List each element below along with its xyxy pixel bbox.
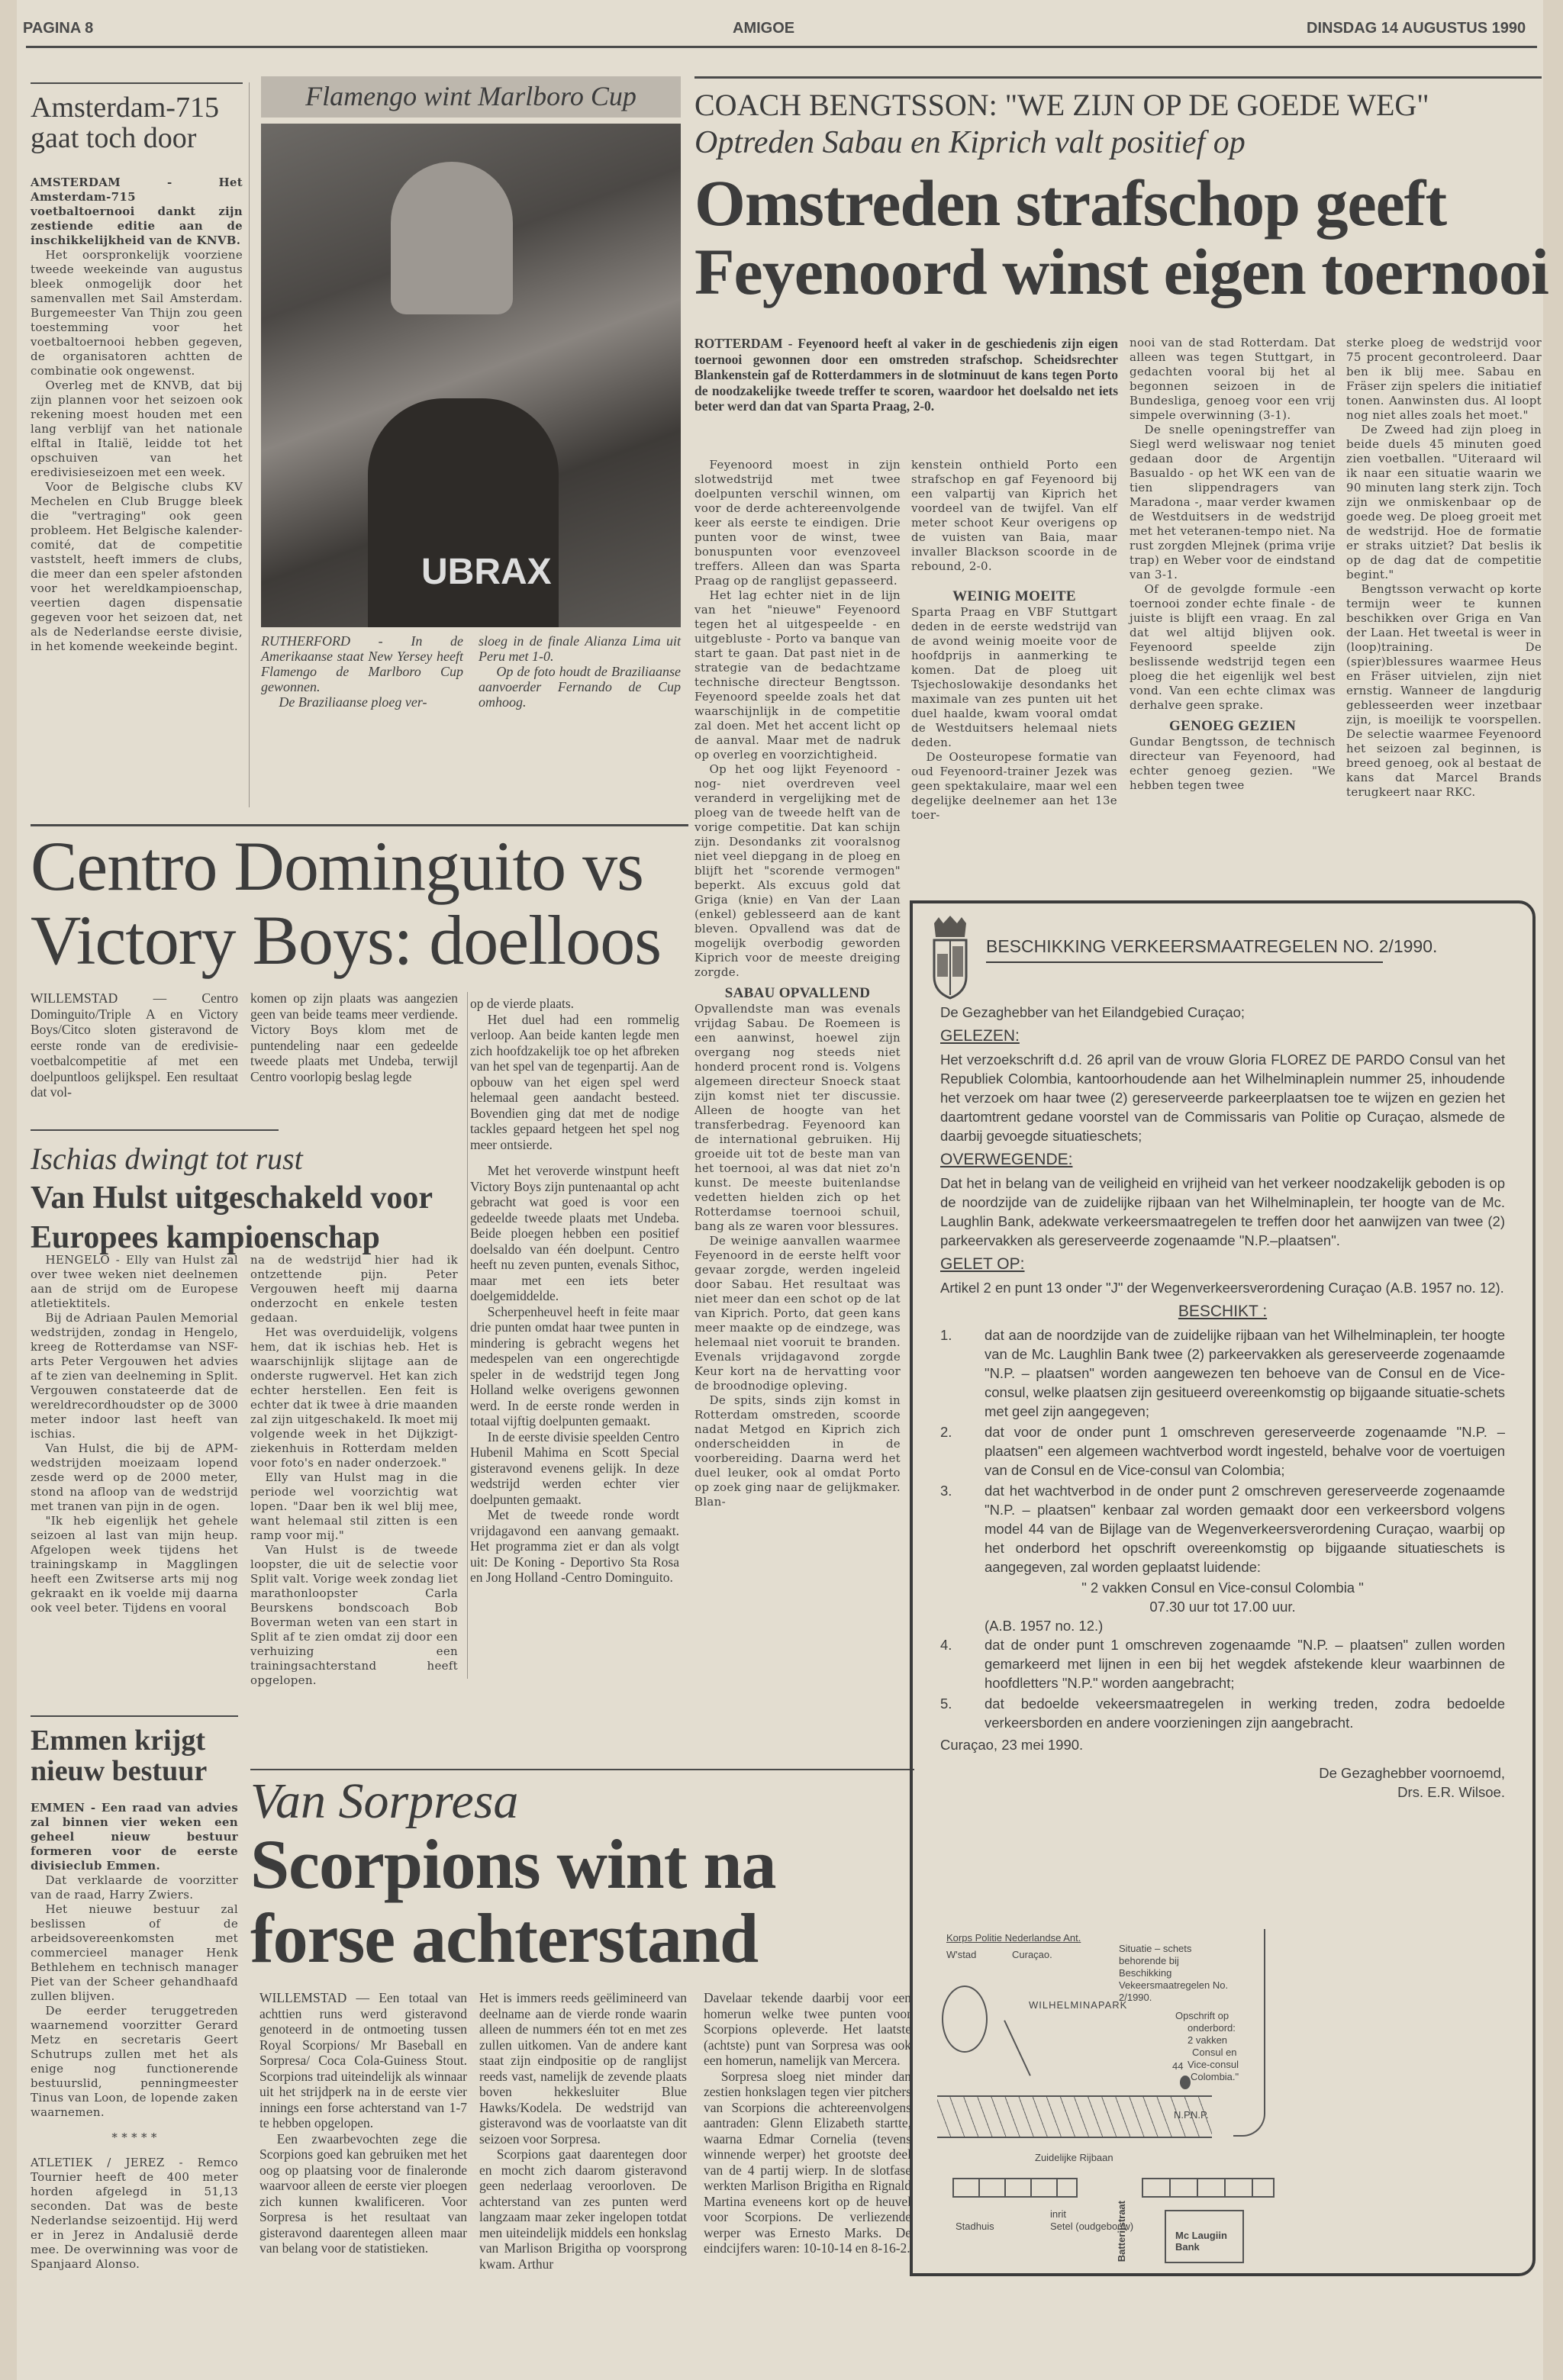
paragraph: Het is immers reeds geëlimineerd van dee… — [479, 1990, 687, 2147]
map-label: W'stad — [946, 1949, 976, 1960]
paragraph: Scherpenheuvel heeft in feite maar drie … — [470, 1304, 679, 1429]
section-label: BESCHIKT : — [1178, 1302, 1267, 1321]
paragraph: De snelle openingstreffer van Siegl werd… — [1130, 423, 1336, 582]
newspaper-page: PAGINA 8 AMIGOE DINSDAG 14 AUGUSTUS 1990… — [17, 0, 1543, 2380]
scorpions-column-2: Het is immers reeds geëlimineerd van dee… — [479, 1990, 687, 2272]
item-number: 4. — [940, 1635, 985, 1692]
paragraph: Scorpions gaat daarentegen door en mocht… — [479, 2147, 687, 2272]
divider — [31, 1715, 238, 1717]
map-text: Vice-consul — [1175, 2059, 1239, 2071]
feyenoord-column-3: nooi van de stad Rotterdam. Dat alleen w… — [1130, 336, 1336, 793]
issue-date: DINSDAG 14 AUGUSTUS 1990 — [1307, 20, 1526, 37]
feyenoord-lead: ROTTERDAM - Feyenoord heeft al vaker in … — [694, 336, 1118, 414]
headline: Europees kampioenschap — [31, 1221, 466, 1254]
kicker: COACH BENGTSSON: "WE ZIJN OP DE GOEDE WE… — [694, 89, 1542, 121]
headline: Scorpions wint na — [250, 1828, 914, 1902]
paragraph: Overleg met de KNVB, dat bij zijn planne… — [31, 378, 243, 480]
map-text: Consul en — [1175, 2047, 1239, 2059]
player-silhouette — [368, 398, 559, 627]
signatory: Drs. E.R. Wilsoe. — [940, 1783, 1505, 1802]
paragraph: Op het oog lijkt Feyenoord -nog- niet ov… — [694, 762, 901, 980]
paragraph: Bij de Adriaan Paulen Memorial wedstrijd… — [31, 1311, 238, 1441]
police-stamp-icon — [942, 1985, 988, 2053]
paragraph: Van Hulst, die bij de APM-wedstrijden mo… — [31, 1441, 238, 1514]
paragraph: na de wedstrijd hier had ik ontzettende … — [250, 1253, 458, 1325]
headline: Van Hulst uitgeschakeld voor — [31, 1181, 466, 1215]
map-label-road: Zuidelijke Rijbaan — [1035, 2152, 1113, 2163]
paragraph: De Zweed had zijn ploeg in beide duels 4… — [1346, 423, 1542, 582]
paragraph: Gundar Bengtsson, de technisch directeur… — [1130, 735, 1336, 793]
paragraph: sterke ploeg de wedstrijd voor 75 procen… — [1346, 336, 1542, 423]
section-text: Dat het in belang van de veiligheid en v… — [940, 1174, 1505, 1250]
divider — [31, 82, 243, 84]
kicker: Van Sorpresa — [250, 1775, 914, 1828]
page-number: PAGINA 8 — [23, 20, 93, 37]
paragraph: Feyenoord moest in zijn slotwedstrijd me… — [694, 458, 901, 588]
item-number: 5. — [940, 1694, 985, 1732]
sign-model-number: 44 — [1172, 2060, 1183, 2072]
photo-caption-left: RUTHERFORD - In de Amerikaanse staat New… — [261, 633, 463, 710]
paragraph: Van Hulst is de tweede loopster, die uit… — [250, 1543, 458, 1688]
item-text: dat voor de onder punt 1 omschreven gere… — [985, 1422, 1505, 1480]
paragraph: Bengtsson verwacht op korte termijn weer… — [1346, 582, 1542, 800]
shirt-logo: UBRAX — [421, 551, 552, 593]
paragraph: Het oorspronkelijk voorziene tweede week… — [31, 248, 243, 378]
item-text: dat bedoelde vekeersmaatregelen in werki… — [985, 1694, 1505, 1732]
article-centro: Centro Dominguito vs Victory Boys: doell… — [31, 824, 688, 977]
sign-text: " 2 vakken Consul en Vice-consul Colombi… — [940, 1578, 1505, 1597]
notice-intro: De Gezaghebber van het Eilandgebied Cura… — [940, 1003, 1505, 1022]
kicker: Ischias dwingt tot rust — [31, 1143, 466, 1175]
paragraph: Opvallendste man was evenals vrijdag Sab… — [694, 1002, 901, 1234]
map-org: Korps Politie Nederlandse Ant. — [946, 1932, 1081, 1944]
paragraph: De eerder teruggetreden waarnemend voorz… — [31, 2004, 238, 2120]
article-amsterdam: Amsterdam-715 gaat toch door AMSTERDAM -… — [31, 82, 243, 654]
headline: Feyenoord winst eigen toernooi — [694, 237, 1542, 306]
parking-strip — [937, 2095, 1212, 2138]
coat-of-arms-icon — [931, 916, 969, 1000]
building-row — [952, 2178, 1078, 2198]
sign-reference: (A.B. 1957 no. 12.) — [940, 1616, 1505, 1635]
paragraph: nooi van de stad Rotterdam. Dat alleen w… — [1130, 336, 1336, 423]
paragraph: Het lag echter niet in de lijn van het "… — [694, 588, 901, 762]
notice-box: BESCHIKKING VERKEERSMAATREGELEN NO. 2/19… — [910, 900, 1536, 2276]
map-label-stadhuis: Stadhuis — [956, 2221, 994, 2232]
article-emmen: Emmen krijgt nieuw bestuur EMMEN - Een r… — [31, 1715, 238, 2272]
map-label-park: WILHELMINAPARK — [1029, 1999, 1127, 2011]
map-text: 2 vakken — [1175, 2034, 1239, 2047]
paragraph: Sparta Praag en VBF Stuttgart deden in d… — [911, 605, 1117, 750]
signoff: De Gezaghebber voornoemd, — [940, 1763, 1505, 1783]
column-rule — [249, 82, 250, 807]
section-text: Het verzoekschrift d.d. 26 april van de … — [940, 1050, 1505, 1145]
subheadline: Optreden Sabau en Kiprich valt positief … — [694, 126, 1542, 159]
masthead-rule — [26, 46, 1537, 48]
caption-text: De Braziliaanse ploeg ver- — [261, 694, 463, 710]
np-marking: N.P. — [1191, 2109, 1209, 2121]
article-vanhulst: Ischias dwingt tot rust Van Hulst uitges… — [31, 1129, 466, 1254]
vanhulst-column-2: na de wedstrijd hier had ik ontzettende … — [250, 1253, 458, 1688]
paragraph: Davelaar tekende daarbij voor een homeru… — [704, 1990, 911, 2069]
notice-body: De Gezaghebber van het Eilandgebied Cura… — [940, 1003, 1505, 1802]
headline: Emmen krijgt — [31, 1726, 238, 1757]
caption-text: RUTHERFORD - In de Amerikaanse staat New… — [261, 633, 463, 694]
item-number: 3. — [940, 1481, 985, 1576]
scorpions-column-3: Davelaar tekende daarbij voor een homeru… — [704, 1990, 911, 2256]
photo-caption-right: sloeg in de finale Alianza Lima uit Peru… — [479, 633, 681, 710]
paper-name: AMIGOE — [733, 20, 794, 37]
np-marking: N.P. — [1174, 2109, 1192, 2121]
paragraph: kenstein onthield Porto een strafschop e… — [911, 458, 1117, 574]
divider — [31, 1129, 279, 1131]
item-number: 1. — [940, 1325, 985, 1421]
divider — [250, 1769, 914, 1770]
paragraph: "Ik heb eigenlijk het gehele seizoen al … — [31, 1514, 238, 1615]
photo-title: Flamengo wint Marlboro Cup — [261, 76, 681, 118]
situation-sketch-map: Korps Politie Nederlandse Ant. W'stad Cu… — [913, 1926, 1532, 2269]
paragraph: De spits, sinds zijn komst in Rotterdam … — [694, 1393, 901, 1509]
separator-stars: * * * * * — [31, 2130, 238, 2145]
notice-title: BESCHIKKING VERKEERSMAATREGELEN NO. 2/19… — [986, 937, 1437, 956]
caption-text: Op de foto houdt de Braziliaanse aanvoer… — [479, 664, 681, 710]
section-text: Artikel 2 en punt 13 onder "J" der Wegen… — [940, 1278, 1505, 1297]
paragraph: WILLEMSTAD — Centro Dominguito/Triple A … — [31, 990, 238, 1100]
headline: nieuw bestuur — [31, 1757, 238, 1787]
road-curve — [1233, 1929, 1265, 2137]
paragraph: Sorpresa sloeg niet minder dan zestien h… — [704, 2069, 911, 2256]
building-row — [1142, 2178, 1275, 2198]
paragraph: Voor de Belgische clubs KV Mechelen en C… — [31, 480, 243, 654]
article-scorpions: Van Sorpresa Scorpions wint na forse ach… — [250, 1769, 914, 1975]
centro-column-3: op de vierde plaats. Het duel had een ro… — [470, 996, 679, 1586]
lead-paragraph: EMMEN - Een raad van advies zal binnen v… — [31, 1801, 238, 1873]
paragraph: Het was overduidelijk, volgens hem, dat … — [250, 1325, 458, 1470]
bank-building: Mc Laugiin Bank — [1165, 2210, 1244, 2263]
paragraph: Of de gevolgde formule -een toernooi zon… — [1130, 582, 1336, 713]
decree-item: 1.dat aan de noordzijde van de zuidelijk… — [940, 1325, 1505, 1421]
headline: Centro Dominguito vs — [31, 829, 688, 903]
item-number: 2. — [940, 1422, 985, 1480]
paragraph: In de eerste divisie speelden Centro Hub… — [470, 1429, 679, 1508]
map-label-street: Batterijstraat — [1116, 2201, 1131, 2262]
decree-item: 4.dat de onder punt 1 omschreven zogenaa… — [940, 1635, 1505, 1692]
trophy-photo: UBRAX — [261, 124, 681, 627]
scorpions-column-1: WILLEMSTAD — Een totaal van achttien run… — [259, 1990, 467, 2256]
divider — [694, 76, 1542, 79]
paragraph: Met de tweede ronde wordt vrijdagavond e… — [470, 1507, 679, 1586]
headline: Omstreden strafschop geeft — [694, 169, 1542, 237]
feyenoord-column-2: kenstein onthield Porto een strafschop e… — [911, 458, 1117, 823]
section-label: OVERWEGENDE: — [940, 1150, 1505, 1169]
feyenoord-column-4: sterke ploeg de wedstrijd voor 75 procen… — [1346, 336, 1542, 800]
headline: Amsterdam-715 — [31, 93, 243, 124]
north-arrow-icon — [1004, 2020, 1031, 2076]
subheading: GENOEG GEZIEN — [1130, 719, 1336, 733]
feyenoord-column-1: Feyenoord moest in zijn slotwedstrijd me… — [694, 458, 901, 1509]
section-label: GELET OP: — [940, 1254, 1505, 1274]
caption-text: sloeg in de finale Alianza Lima uit Peru… — [479, 633, 681, 664]
paragraph: ATLETIEK / JEREZ - Remco Tournier heeft … — [31, 2156, 238, 2272]
map-label-bank: Mc Laugiin Bank — [1175, 2230, 1242, 2253]
title-underline — [986, 961, 1383, 963]
paragraph: Het duel had een rommelig verloop. Aan b… — [470, 1012, 679, 1153]
decree-item: 3.dat het wachtverbod in de onder punt 2… — [940, 1481, 1505, 1576]
centro-column-1: WILLEMSTAD — Centro Dominguito/Triple A … — [31, 990, 238, 1100]
place-date: Curaçao, 23 mei 1990. — [940, 1735, 1505, 1754]
map-text: Opschrift op — [1175, 2010, 1239, 2022]
vanhulst-column-1: HENGELO - Elly van Hulst zal over twee w… — [31, 1253, 238, 1615]
paragraph: Het nieuwe bestuur zal beslissen of de a… — [31, 1902, 238, 2004]
paragraph: op de vierde plaats. — [470, 996, 679, 1012]
map-label: Curaçao. — [1012, 1949, 1052, 1960]
paragraph: Elly van Hulst mag in die periode wel vo… — [250, 1470, 458, 1543]
paragraph: De Oosteuropese formatie van oud Feyenoo… — [911, 750, 1117, 823]
item-text: dat aan de noordzijde van de zuidelijke … — [985, 1325, 1505, 1421]
item-text: dat het wachtverbod in de onder punt 2 o… — [985, 1481, 1505, 1576]
headline: gaat toch door — [31, 124, 243, 154]
paragraph: WILLEMSTAD — Een totaal van achttien run… — [259, 1990, 467, 2131]
decree-item: 2.dat voor de onder punt 1 omschreven ge… — [940, 1422, 1505, 1480]
trophy-icon — [391, 162, 513, 314]
lead-paragraph: AMSTERDAM - Het Amsterdam-715 voetbaltoe… — [31, 176, 243, 248]
article-feyenoord: COACH BENGTSSON: "WE ZIJN OP DE GOEDE WE… — [694, 76, 1542, 307]
subheading: WEINIG MOEITE — [911, 589, 1117, 604]
centro-column-2: komen op zijn plaats was aangezien geen … — [250, 990, 458, 1084]
paragraph: HENGELO - Elly van Hulst zal over twee w… — [31, 1253, 238, 1311]
map-text: onderbord: — [1175, 2022, 1239, 2034]
item-text: dat de onder punt 1 omschreven zogenaamd… — [985, 1635, 1505, 1692]
divider — [31, 824, 688, 826]
sign-hours: 07.30 uur tot 17.00 uur. — [940, 1597, 1505, 1616]
headline: Victory Boys: doelloos — [31, 903, 688, 977]
sign-caption: Opschrift op onderbord: 2 vakken Consul … — [1175, 2010, 1239, 2083]
article-body: AMSTERDAM - Het Amsterdam-715 voetbaltoe… — [31, 176, 243, 654]
paragraph: Dat verklaarde de voorzitter van de raad… — [31, 1873, 238, 1902]
decree-item: 5.dat bedoelde vekeersmaatregelen in wer… — [940, 1694, 1505, 1732]
sketch-title: Situatie – schets behorende bij Beschikk… — [1119, 1943, 1233, 2004]
map-label-inrit: inrit — [1050, 2208, 1066, 2220]
photo-feature-flamengo: Flamengo wint Marlboro Cup UBRAX RUTHERF… — [261, 76, 681, 710]
paragraph: komen op zijn plaats was aangezien geen … — [250, 990, 458, 1084]
traffic-sign-icon — [1180, 2076, 1191, 2089]
paragraph: Met het veroverde winstpunt heeft Victor… — [470, 1163, 679, 1304]
paragraph: De weinige aanvallen waarmee Feyenoord i… — [694, 1234, 901, 1393]
subheading: SABAU OPVALLEND — [694, 986, 901, 1000]
paragraph: Een zwaarbevochten zege die Scorpions go… — [259, 2131, 467, 2256]
section-label: GELEZEN: — [940, 1026, 1505, 1045]
column-rule — [467, 992, 468, 1679]
article-body: EMMEN - Een raad van advies zal binnen v… — [31, 1801, 238, 2272]
headline: forse achterstand — [250, 1902, 914, 1976]
